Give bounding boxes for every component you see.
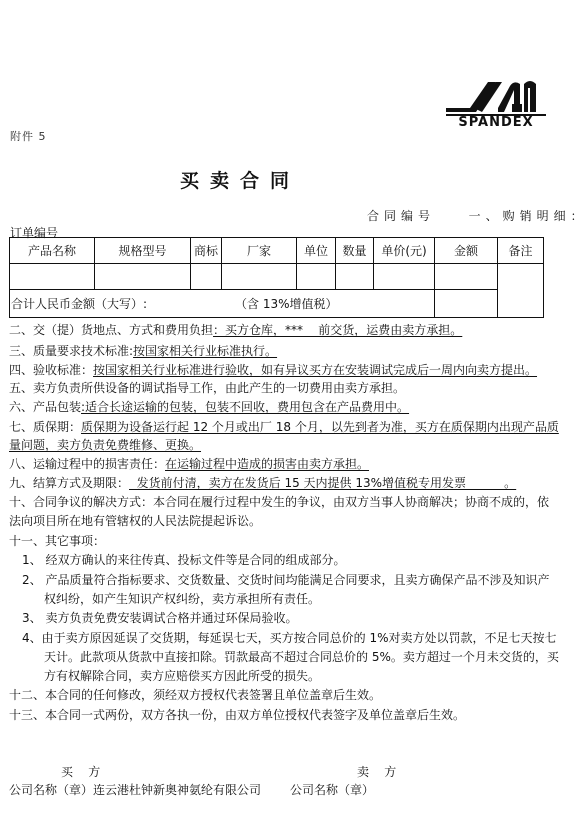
- clause-2-value: ：买方仓库，*** 前交货，运费由卖方承担。: [213, 323, 462, 337]
- clause-9-value: 发货前付清，卖方在发货后 15 天内提供 13%增值税专用发票 。: [129, 476, 516, 490]
- clause-11-label: 十一、其它事项：: [9, 532, 105, 549]
- clause-10-line2: 法向项目所在地有管辖权的人民法院提起诉讼。: [9, 512, 261, 529]
- clause-2-label: 二、交（提）货地点、方式和费用负担: [9, 323, 213, 337]
- clause-6-value: :适合长途运输的包装，包装不回收，费用包含在产品费用中。: [81, 400, 409, 414]
- spandex-logo: SPANDEX: [440, 78, 552, 128]
- clause-3-label: 三、质量要求技术标准:: [9, 344, 133, 358]
- clause-9-label: 九、结算方式及期限：: [9, 476, 129, 490]
- seller-company: 公司名称（章）: [290, 781, 374, 798]
- attachment-label: 附件 5: [10, 128, 47, 144]
- total-label: 合计人民币金额（大写）:: [11, 297, 147, 311]
- col-header-manufacturer: 厂家: [222, 238, 297, 264]
- clause-5: 五、卖方负责所供设备的调试指导工作，由此产生的一切费用由卖方承担。: [9, 379, 405, 396]
- clause-11-item-4-cont2: 方有权解除合同，卖方应赔偿买方因此所受的损失。: [44, 667, 320, 684]
- cell-brand[interactable]: [191, 264, 222, 290]
- clause-13: 十三、本合同一式两份，双方各执一份，由双方单位授权代表签字及单位盖章后生效。: [9, 706, 465, 723]
- section1-label: 一、购销明细：: [469, 209, 580, 223]
- buyer-company-label: 公司名称（章）: [9, 783, 93, 797]
- col-header-amount: 金额: [435, 238, 498, 264]
- clause-7-cont: 量问题，卖方负责免费维修、更换。: [9, 436, 201, 453]
- clause-11-item-4-cont1: 天计。此款项从货款中直接扣除。罚款最高不超过合同总价的 5%。卖方超过一个月未交…: [44, 648, 559, 665]
- clause-3-value: 按国家相关行业标准执行。: [133, 344, 277, 358]
- clause-7-value-line2: 量问题，卖方负责免费维修、更换。: [9, 438, 201, 452]
- tax-note: （含 13%增值税）: [235, 297, 338, 311]
- clause-10-line1: 十、合同争议的解决方式：本合同在履行过程中发生的争议，由双方当事人协商解决；协商…: [9, 493, 549, 510]
- cell-manufacturer[interactable]: [222, 264, 297, 290]
- cell-product-name[interactable]: [10, 264, 95, 290]
- clause-7-value-line1: 质保期为设备运行起 12 个月或出厂 18 个月，以先到者为准，买方在质保期内出…: [81, 420, 559, 434]
- total-label-cell: 合计人民币金额（大写）:（含 13%增值税）: [10, 290, 435, 318]
- buyer-label: 买 方: [61, 763, 100, 780]
- col-header-remarks: 备注: [498, 238, 544, 264]
- clause-6: 六、产品包装:适合长途运输的包装，包装不回收，费用包含在产品费用中。: [9, 398, 409, 415]
- seller-label: 卖 方: [357, 763, 396, 780]
- col-header-quantity: 数量: [336, 238, 374, 264]
- contract-no-label: 合同编号: [367, 209, 435, 223]
- clause-4-label: 四、验收标准：: [9, 363, 93, 377]
- clause-11-item-2: 2、 产品质量符合指标要求、交货数量、交货时间均能满足合同要求，且卖方确保产品不…: [22, 571, 549, 588]
- buyer-company: 公司名称（章）连云港杜钟新奥神氨纶有限公司: [9, 781, 261, 798]
- seller-company-label: 公司名称（章）: [290, 783, 374, 797]
- cell-remarks[interactable]: [498, 264, 544, 318]
- clause-4-value: 按国家相关行业标准进行验收，如有异议买方在安装调试完成后一周内向卖方提出。: [93, 363, 537, 377]
- col-header-unit-price: 单价(元): [374, 238, 435, 264]
- purchase-table: 产品名称 规格型号 商标 厂家 单位 数量 单价(元) 金额 备注 合计人民币金…: [9, 237, 544, 318]
- cell-spec-model[interactable]: [95, 264, 191, 290]
- cell-quantity[interactable]: [336, 264, 374, 290]
- col-header-unit: 单位: [297, 238, 336, 264]
- clause-11-item-1: 1、 经双方确认的来往传真、投标文件等是合同的组成部分。: [22, 551, 345, 568]
- cell-unit-price[interactable]: [374, 264, 435, 290]
- clause-8-label: 八、运输过程中的损害责任：: [9, 457, 165, 471]
- cell-amount[interactable]: [435, 264, 498, 290]
- table-row: [10, 264, 544, 290]
- clause-12: 十二、本合同的任何修改，须经双方授权代表签署且单位盖章后生效。: [9, 686, 381, 703]
- clause-11-item-3: 3、 卖方负责免费安装调试合格并通过环保局验收。: [22, 609, 297, 626]
- page-title: 买卖合同: [180, 166, 300, 193]
- col-header-spec-model: 规格型号: [95, 238, 191, 264]
- clause-11-item-2-cont: 权纠纷，如产生知识产权纠纷，卖方承担所有责任。: [44, 590, 320, 607]
- clause-9: 九、结算方式及期限： 发货前付清，卖方在发货后 15 天内提供 13%增值税专用…: [9, 474, 516, 491]
- clause-7-label: 七、质保期：: [9, 420, 81, 434]
- col-header-brand: 商标: [191, 238, 222, 264]
- clause-8-value: 在运输过程中造成的损害由卖方承担。: [165, 457, 369, 471]
- clause-3: 三、质量要求技术标准:按国家相关行业标准执行。: [9, 342, 277, 359]
- clause-6-label: 六、产品包装: [9, 400, 81, 414]
- logo-text: SPANDEX: [440, 115, 552, 130]
- col-header-product-name: 产品名称: [10, 238, 95, 264]
- total-amount-cell[interactable]: [435, 290, 498, 318]
- clause-8: 八、运输过程中的损害责任：在运输过程中造成的损害由卖方承担。: [9, 455, 369, 472]
- clause-4: 四、验收标准：按国家相关行业标准进行验收，如有异议买方在安装调试完成后一周内向卖…: [9, 361, 537, 378]
- clause-2: 二、交（提）货地点、方式和费用负担：买方仓库，*** 前交货，运费由卖方承担。: [9, 321, 462, 338]
- clause-7: 七、质保期：质保期为设备运行起 12 个月或出厂 18 个月，以先到者为准，买方…: [9, 418, 559, 435]
- total-row: 合计人民币金额（大写）:（含 13%增值税）: [10, 290, 544, 318]
- cell-unit[interactable]: [297, 264, 336, 290]
- buyer-company-name: 连云港杜钟新奥神氨纶有限公司: [93, 783, 261, 797]
- table-header-row: 产品名称 规格型号 商标 厂家 单位 数量 单价(元) 金额 备注: [10, 238, 544, 264]
- contract-number-row: 合同编号 一、购销明细：: [367, 207, 580, 224]
- clause-11-item-4: 4、由于卖方原因延误了交货期，每延误七天，买方按合同总价的 1%对卖方处以罚款，…: [22, 629, 557, 646]
